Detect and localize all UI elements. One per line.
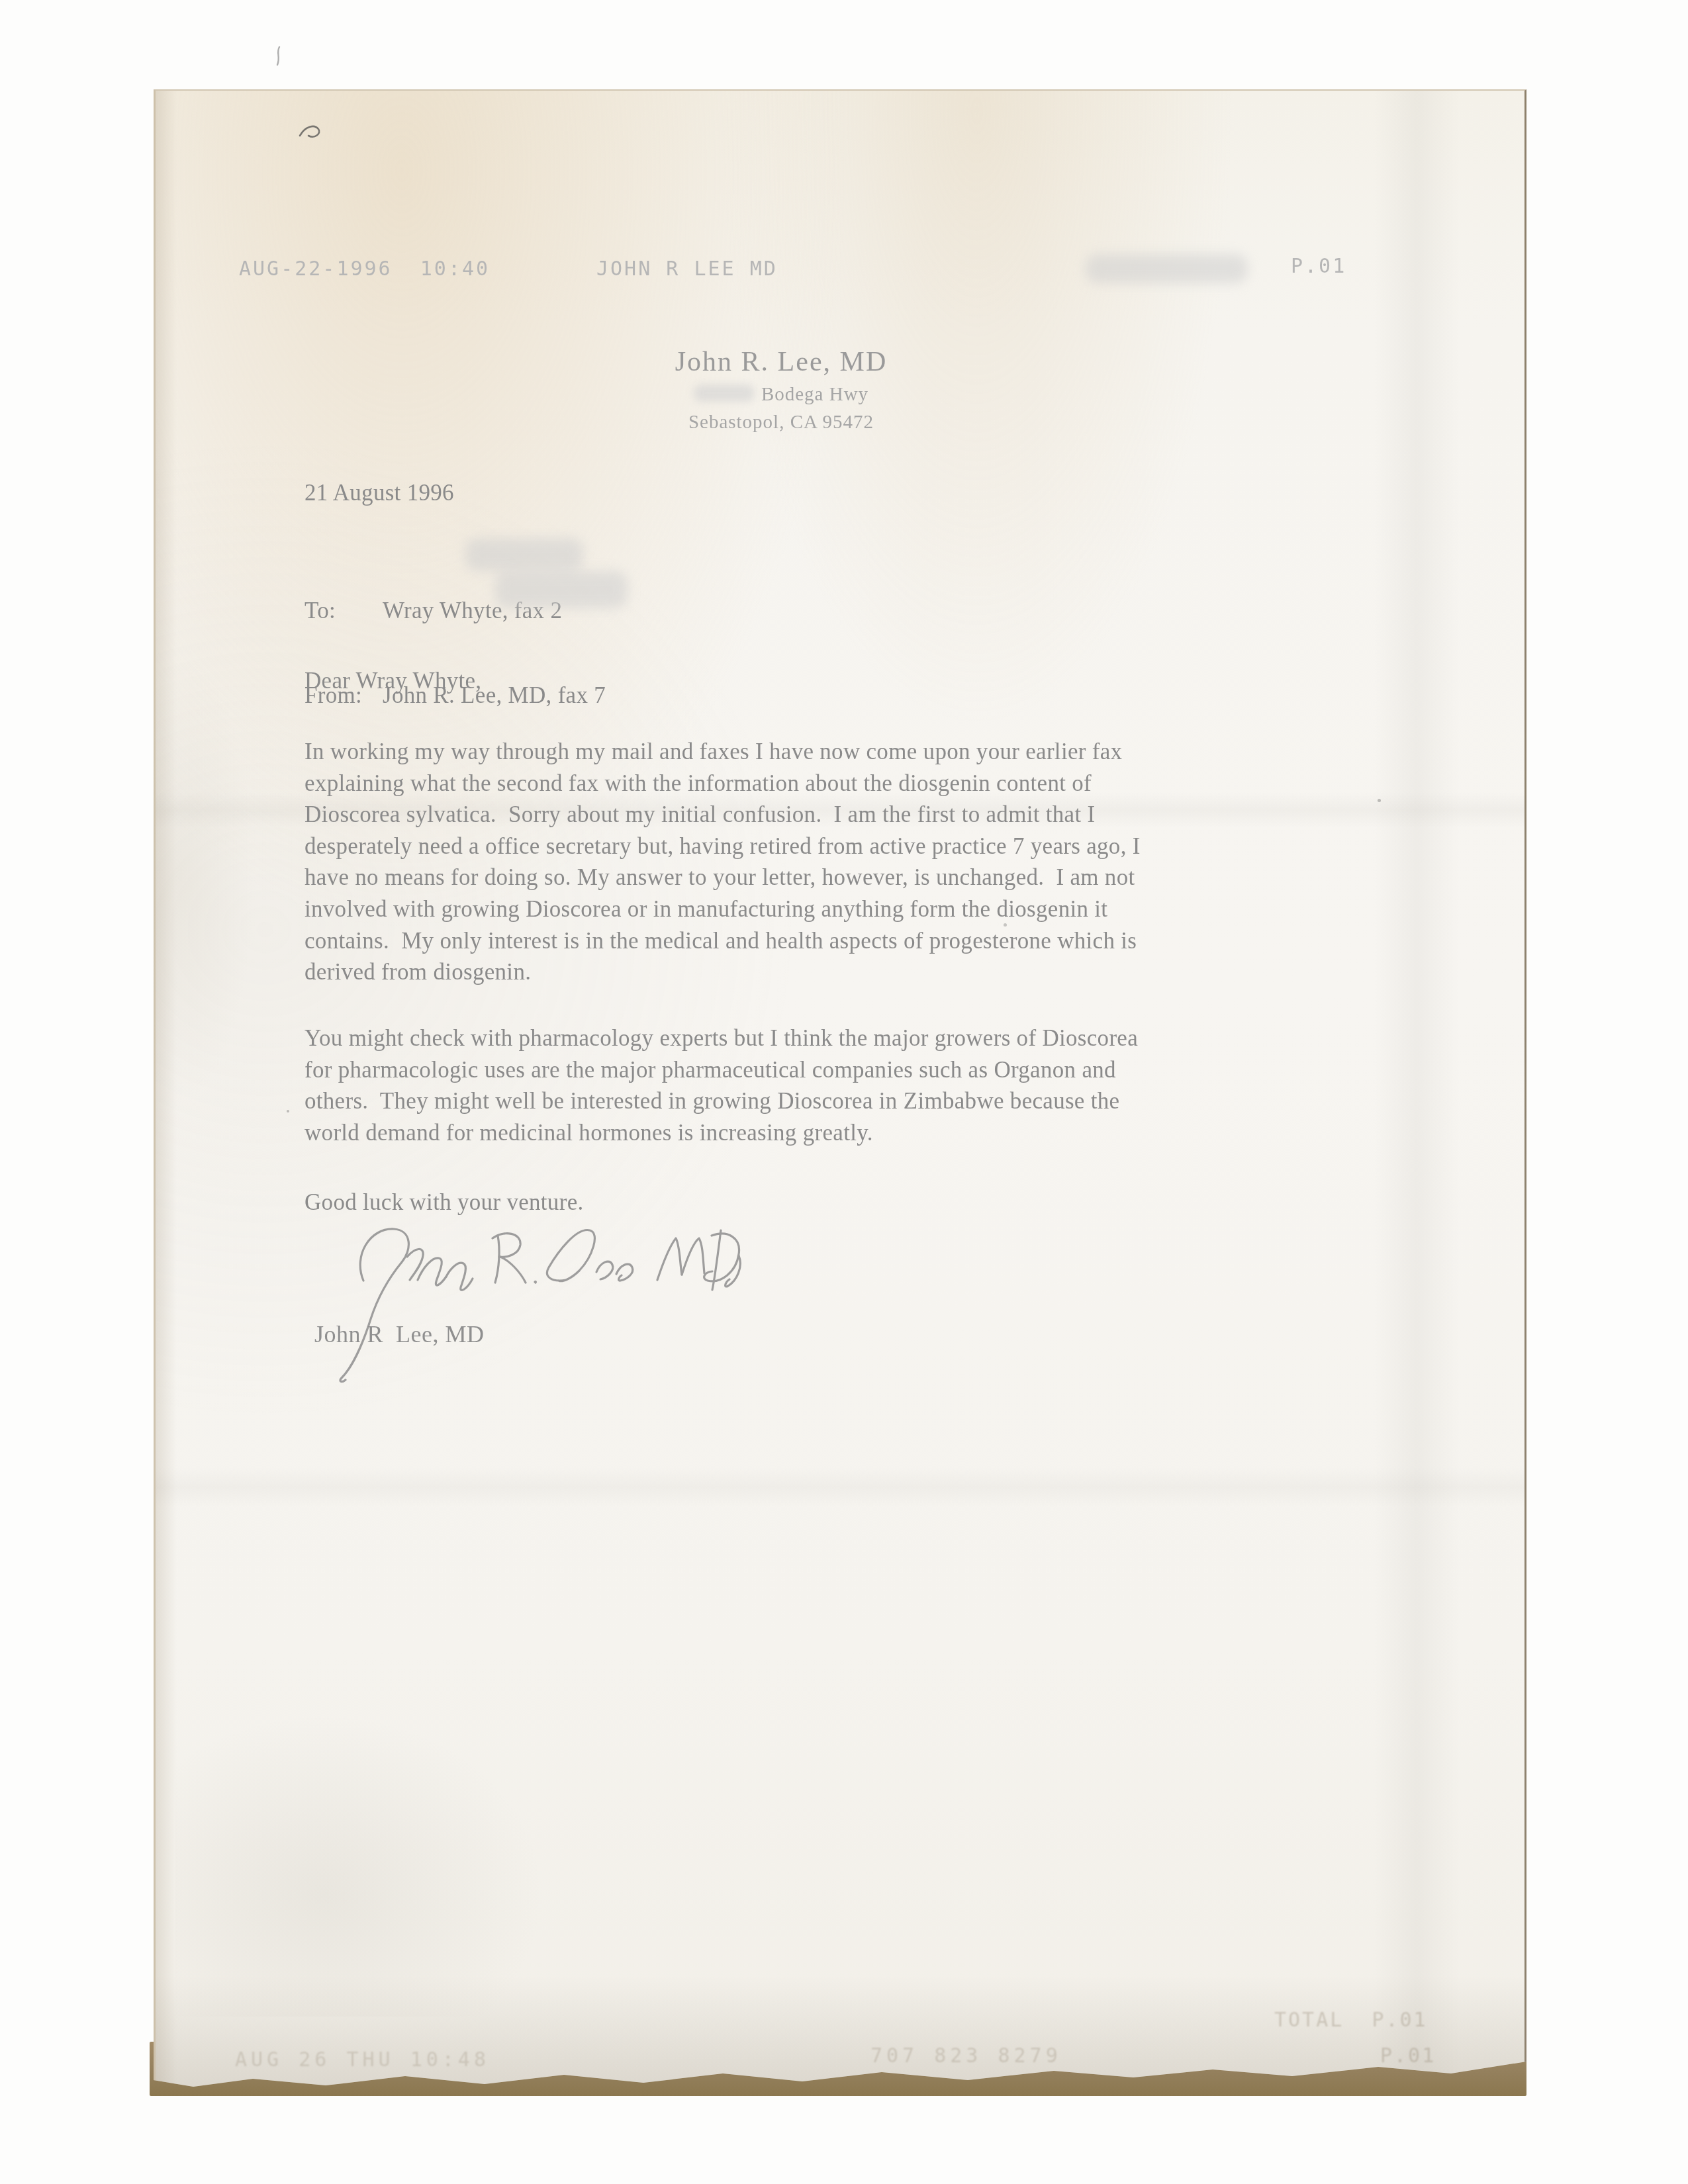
letterhead-street: Bodega Hwy <box>761 384 868 405</box>
stray-ink-mark <box>271 45 289 68</box>
text-line: have no means for doing so. My answer to… <box>305 862 1141 893</box>
stray-dot <box>287 1110 289 1113</box>
wrinkle-shadow-left <box>149 653 255 1103</box>
fax-header-datetime: AUG-22-1996 10:40 <box>239 257 490 281</box>
letter-date: 21 August 1996 <box>305 480 454 506</box>
text-line: explaining what the second fax with the … <box>305 768 1141 799</box>
letterhead-address-line1: Bodega Hwy <box>675 381 887 408</box>
text-line: world demand for medicinal hormones is i… <box>305 1117 1138 1149</box>
wrinkle-shadow <box>175 1712 546 2017</box>
text-line: involved with growing Dioscorea or in ma… <box>305 893 1141 925</box>
to-fax-number-redaction-blur <box>465 538 583 571</box>
text-line: others. They might well be interested in… <box>305 1085 1138 1117</box>
fax-letter-page: AUG-22-1996 10:40 JOHN R LEE MD P.01 Joh… <box>154 89 1526 2088</box>
paragraph-2: You might check with pharmacology expert… <box>305 1023 1138 1148</box>
letterhead-name: John R. Lee, MD <box>675 343 887 381</box>
fax-header-page-number: P.01 <box>1291 255 1346 278</box>
stray-dot <box>1004 923 1007 927</box>
ink-squiggle-mark <box>297 120 329 142</box>
text-line: In working my way through my mail and fa… <box>305 736 1141 768</box>
text-line: desperately need a office secretary but,… <box>305 831 1141 862</box>
to-label: To: <box>305 595 383 627</box>
salutation: Dear Wray Whyte, <box>305 668 481 694</box>
fax-header-sender: JOHN R LEE MD <box>596 257 778 281</box>
text-line: for pharmacologic uses are the major pha… <box>305 1054 1138 1086</box>
fax-footer-number: 707 823 8279 <box>870 2044 1062 2068</box>
letterhead-address-line2: Sebastopol, CA 95472 <box>675 408 887 436</box>
fax-footer-page: P.01 <box>1380 2044 1436 2068</box>
signature-script <box>333 1216 770 1401</box>
from-fax-number-redaction-blur <box>495 571 628 608</box>
left-edge-shading <box>156 91 177 2088</box>
closing-line: Good luck with your venture. <box>305 1189 584 1216</box>
text-line: Dioscorea sylvatica. Sorry about my init… <box>305 799 1141 831</box>
paragraph-1: In working my way through my mail and fa… <box>305 736 1141 988</box>
fax-header-number-redaction-blur <box>1086 254 1248 283</box>
street-number-redaction-blur <box>694 385 755 402</box>
fold-crease-lower <box>156 1467 1524 1507</box>
vertical-crease <box>1374 91 1460 2088</box>
fax-footer-datetime: AUG 26 THU 10:48 <box>235 2048 490 2071</box>
text-line: contains. My only interest is in the med… <box>305 925 1141 957</box>
text-line: derived from diosgenin. <box>305 956 1141 988</box>
stray-dot <box>1378 799 1381 802</box>
letterhead: John R. Lee, MD Bodega Hwy Sebastopol, C… <box>675 343 887 436</box>
fax-footer-total: TOTAL P.01 <box>1274 2009 1428 2032</box>
typed-signature-name: John R Lee, MD <box>314 1320 484 1348</box>
text-line: You might check with pharmacology expert… <box>305 1023 1138 1054</box>
